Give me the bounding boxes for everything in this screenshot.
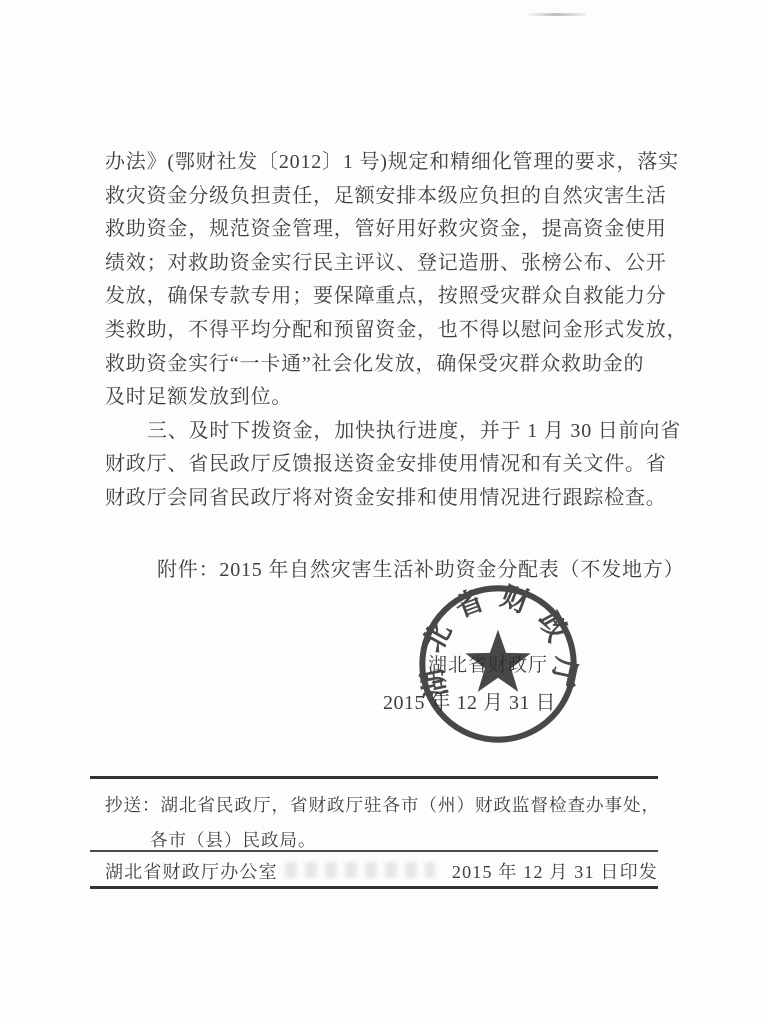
scan-artifact xyxy=(528,13,586,16)
issuing-office: 湖北省财政厅办公室 xyxy=(105,858,278,884)
footer-divider-middle xyxy=(90,850,658,852)
seal-star-icon xyxy=(465,630,530,692)
text-line: 救助资金实行“一卡通”社会化发放，确保受灾群众救助金的 xyxy=(105,348,665,382)
issuer-row: 湖北省财政厅办公室 2015 年 12 月 31 日印发 xyxy=(105,858,658,884)
text-line: 类救助，不得平均分配和预留资金，也不得以慰问金形式发放， xyxy=(105,314,665,348)
cc-distribution-line-1: 抄送：湖北省民政厅，省财政厅驻各市（州）财政监督检查办事处， xyxy=(105,792,660,817)
text-line: 办法》(鄂财社发〔2012〕1 号)规定和精细化管理的要求，落实 xyxy=(105,146,665,180)
text-line: 发放，确保专款专用；要保障重点，按照受灾群众自救能力分 xyxy=(105,280,665,314)
paragraph-item-three: 三、及时下拨资金，加快执行进度，并于 1 月 30 日前向省财政厅、省民政厅反馈… xyxy=(105,415,665,516)
paragraph-continuation: 办法》(鄂财社发〔2012〕1 号)规定和精细化管理的要求，落实救灾资金分级负担… xyxy=(105,146,665,415)
text-line: 救灾资金分级负担责任，足额安排本级应负担的自然灾害生活 xyxy=(105,180,665,214)
cc-distribution-line-2: 各市（县）民政局。 xyxy=(150,827,317,852)
document-page: 办法》(鄂财社发〔2012〕1 号)规定和精细化管理的要求，落实救灾资金分级负担… xyxy=(0,0,761,1024)
text-line: 三、及时下拨资金，加快执行进度，并于 1 月 30 日前向省 xyxy=(105,415,665,449)
text-line: 绩效；对救助资金实行民主评议、登记造册、张榜公布、公开 xyxy=(105,247,665,281)
print-date: 2015 年 12 月 31 日印发 xyxy=(452,858,658,884)
footer-divider-bottom xyxy=(90,886,658,889)
footer-divider-top xyxy=(90,776,658,779)
text-line: 及时足额发放到位。 xyxy=(105,381,665,415)
text-line: 财政厅会同省民政厅将对资金安排和使用情况进行跟踪检查。 xyxy=(105,482,665,516)
text-line: 救助资金，规范资金管理，管好用好救灾资金，提高资金使用 xyxy=(105,213,665,247)
official-seal: 湖北省财政厅 xyxy=(412,578,584,750)
text-line: 财政厅、省民政厅反馈报送资金安排使用情况和有关文件。省 xyxy=(105,448,665,482)
document-body: 办法》(鄂财社发〔2012〕1 号)规定和精细化管理的要求，落实救灾资金分级负担… xyxy=(105,146,665,582)
